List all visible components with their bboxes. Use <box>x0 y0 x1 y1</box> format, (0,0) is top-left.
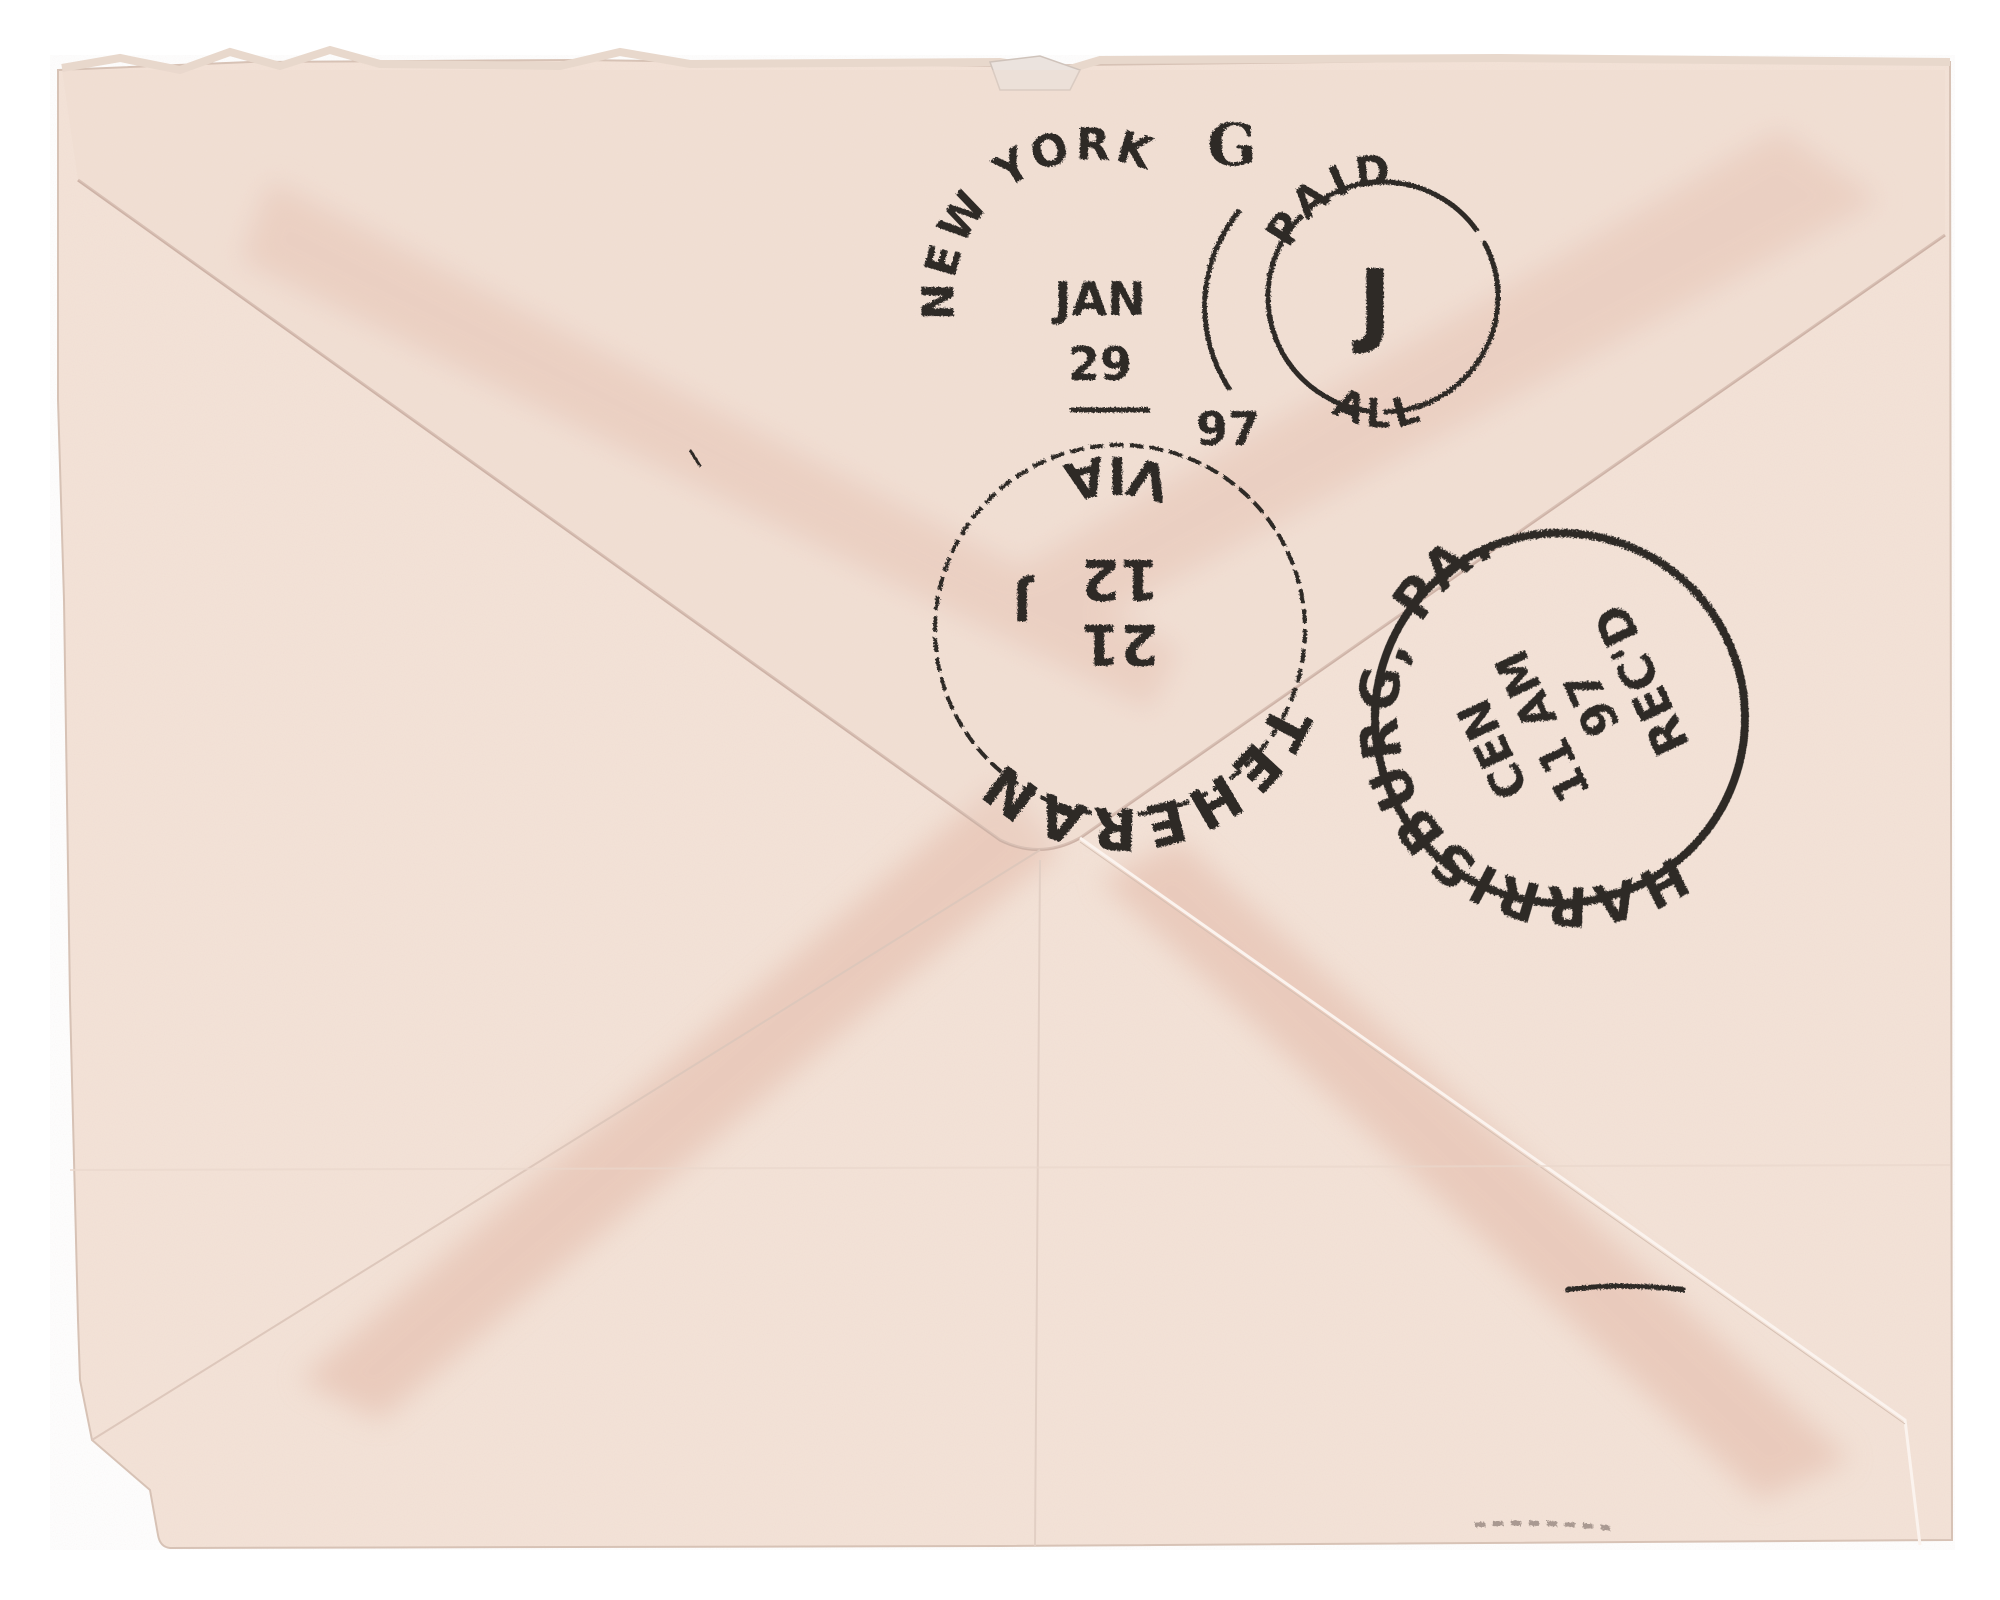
svg-text:VIA: VIA <box>1053 443 1175 513</box>
new-york-top-letter: G <box>1207 111 1257 179</box>
new-york-day: 29 <box>1068 337 1132 391</box>
envelope-scene: NEW YORK JAN 29 97 G PAID J ALL TEHERAN … <box>0 0 2000 1600</box>
teheran-date-2: 12 <box>1081 546 1159 611</box>
new-york-year: 97 <box>1196 402 1260 456</box>
teheran-letter: J <box>1013 573 1035 631</box>
paid-center-letter: J <box>1352 250 1392 357</box>
teheran-route: VIA <box>1053 443 1175 513</box>
new-york-month: JAN <box>1051 272 1145 326</box>
teheran-date-1: 21 <box>1081 611 1159 676</box>
